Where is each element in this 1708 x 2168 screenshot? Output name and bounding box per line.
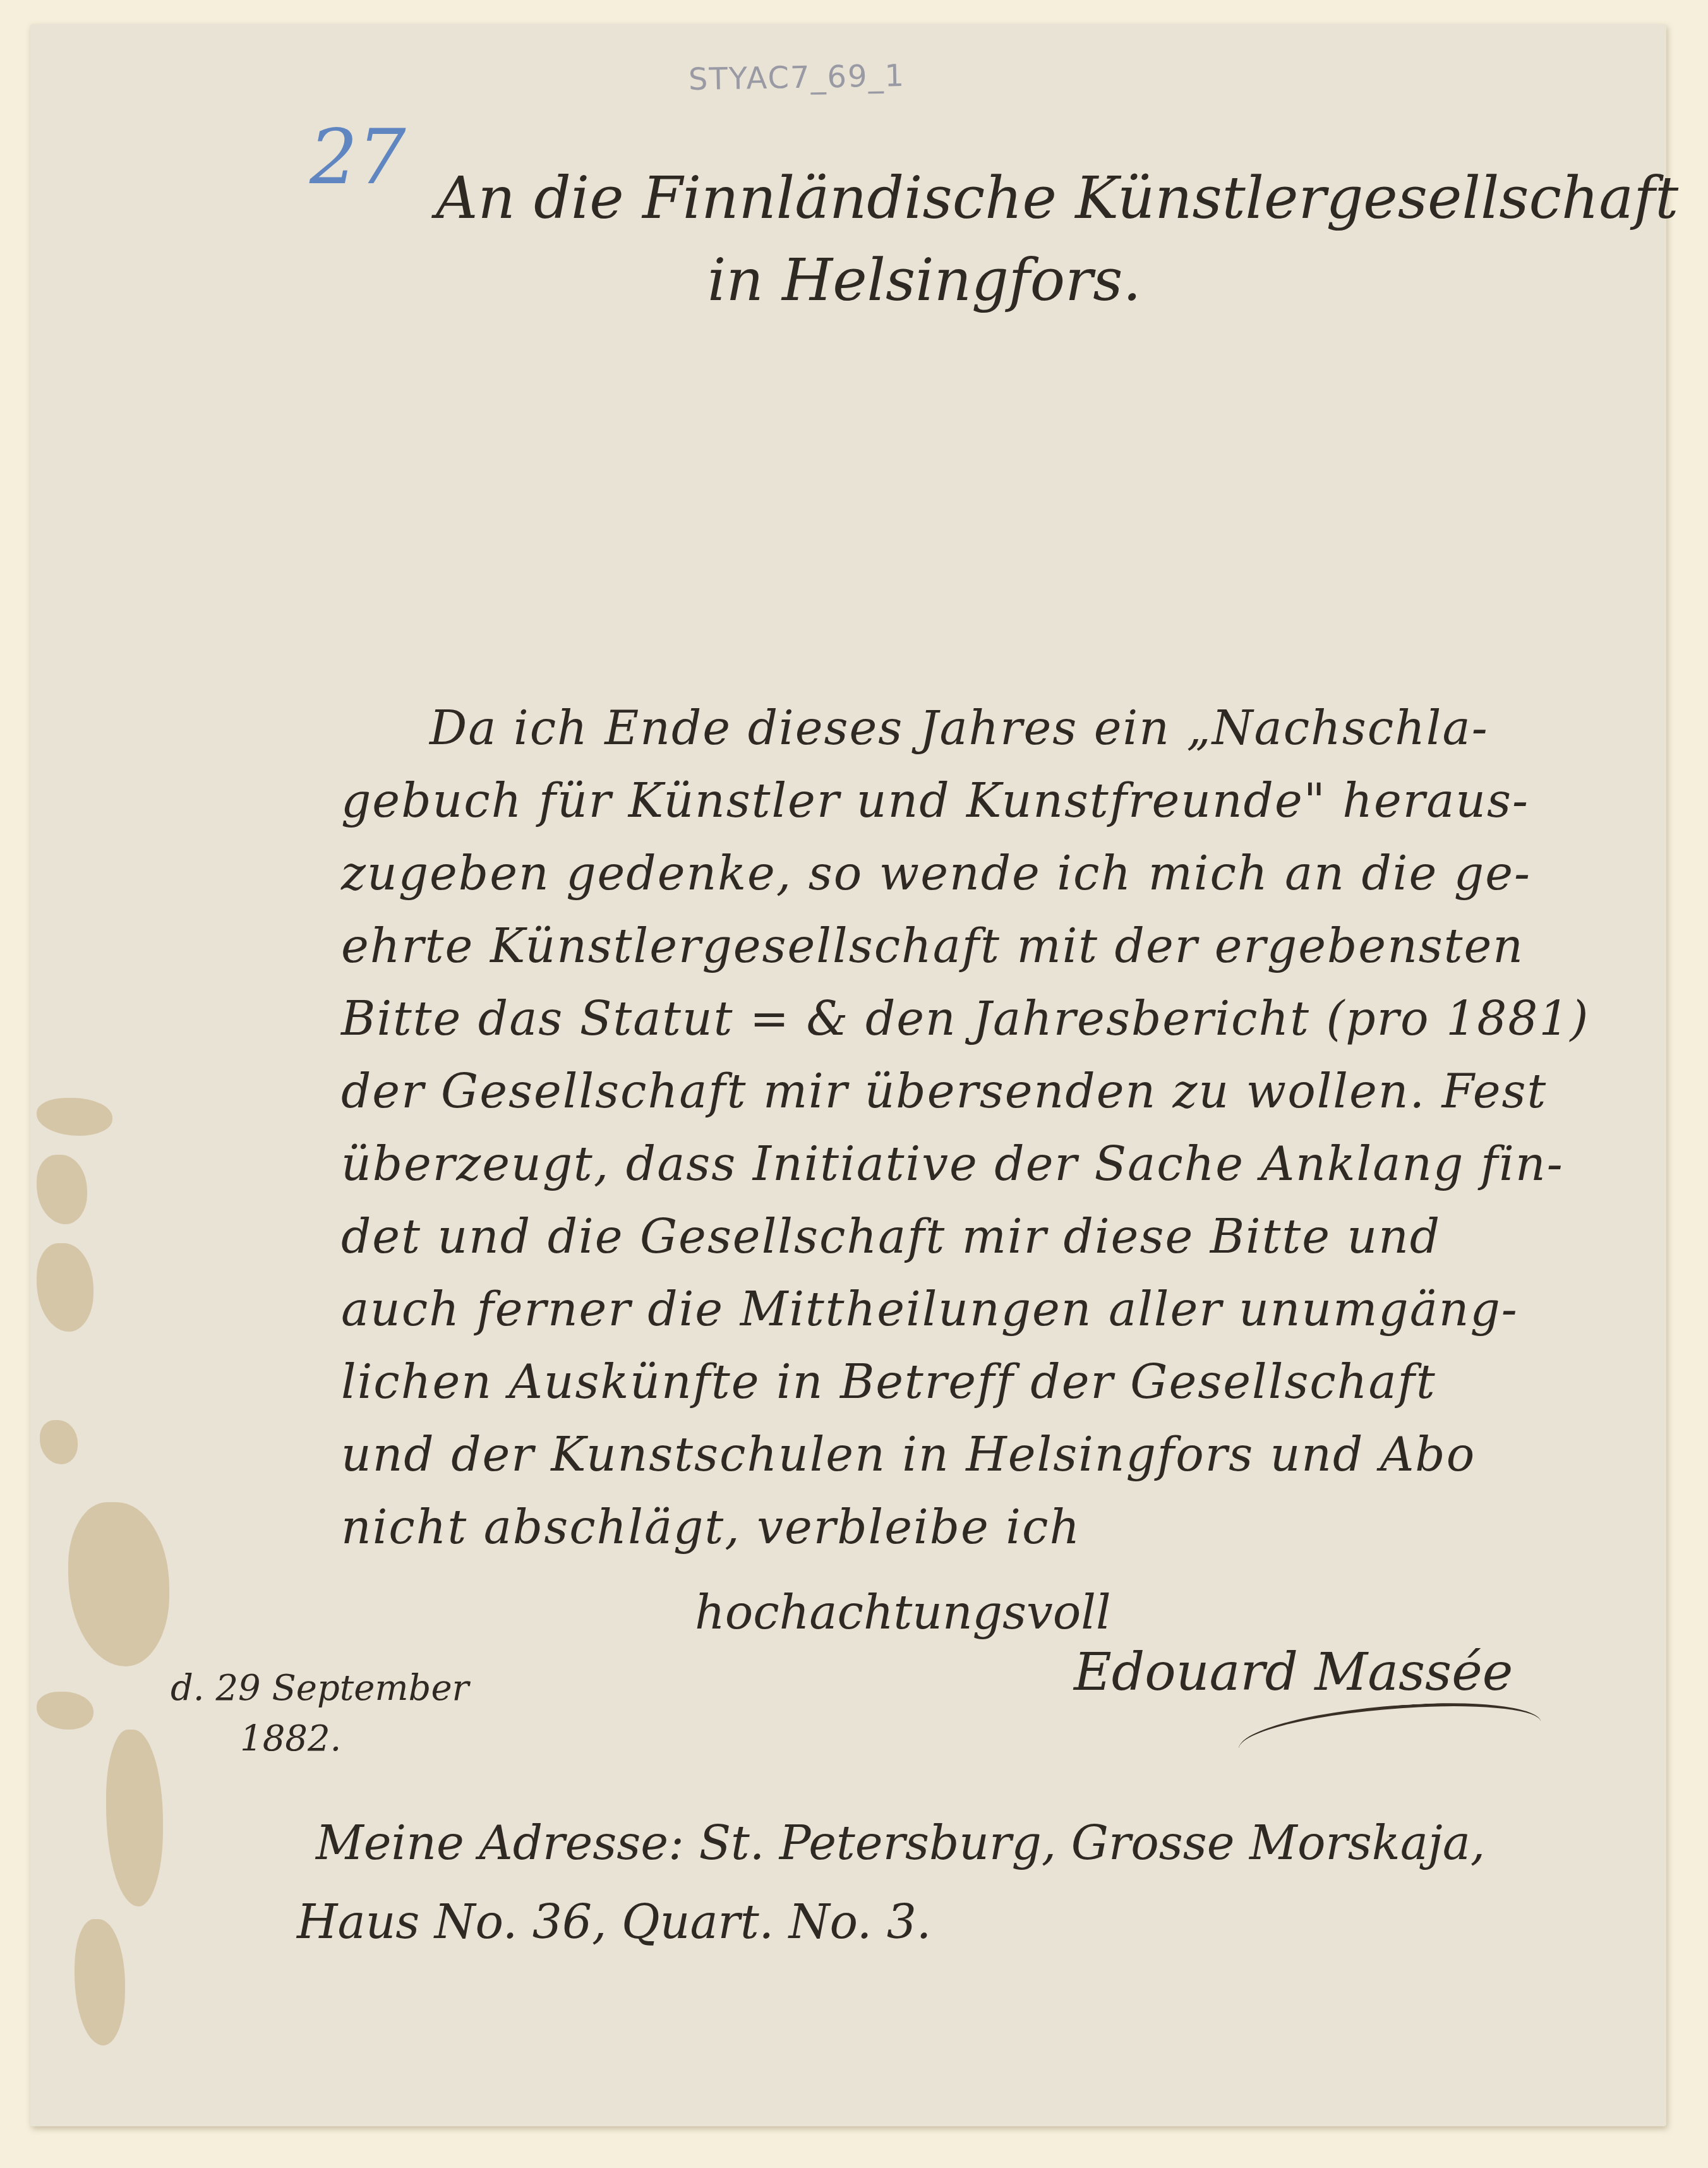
signature: Edouard Massée — [1074, 1642, 1513, 1702]
address-line-2: Haus No. 36, Quart. No. 3. — [297, 1895, 931, 1949]
body-line: ehrte Künstlergesellschaft mit der ergeb… — [341, 919, 1524, 973]
paper-stain — [68, 1502, 169, 1666]
address-line-1: Meine Adresse: St. Petersburg, Grosse Mo… — [316, 1816, 1485, 1870]
paper-stain — [75, 1919, 125, 2045]
body-line: Bitte das Statut = & den Jahresbericht (… — [341, 992, 1589, 1046]
paper-stain — [37, 1098, 112, 1136]
paper-stain — [106, 1730, 163, 1906]
closing: hochachtungsvoll — [695, 1586, 1111, 1640]
body-line: und der Kunstschulen in Helsingfors und … — [341, 1428, 1476, 1482]
paper-stain — [37, 1692, 93, 1730]
body-line: zugeben gedenke, so wende ich mich an di… — [341, 846, 1531, 901]
body-line: det und die Gesellschaft mir diese Bitte… — [341, 1210, 1441, 1264]
body-line: gebuch für Künstler und Kunstfreunde" he… — [341, 774, 1529, 828]
body-line: Da ich Ende dieses Jahres ein „Nachschla… — [430, 701, 1489, 756]
body-line: auch ferner die Mittheilungen aller unum… — [341, 1282, 1519, 1337]
body-line: der Gesellschaft mir übersenden zu wolle… — [341, 1064, 1547, 1119]
archive-id: STYAC7_69_1 — [689, 58, 906, 97]
paper-stain — [37, 1243, 93, 1332]
body-line: lichen Auskünfte in Betreff der Gesellsc… — [341, 1355, 1436, 1409]
date-line-1: d. 29 September — [171, 1668, 469, 1709]
body-line: nicht abschlägt, verbleibe ich — [341, 1500, 1081, 1555]
addressee-line-1: An die Finnländische Künstlergesellschaf… — [436, 164, 1678, 232]
body-line: überzeugt, dass Initiative der Sache Ank… — [341, 1137, 1564, 1191]
addressee-line-2: in Helsingfors. — [707, 246, 1141, 314]
paper-stain — [37, 1155, 87, 1224]
paper-stain — [40, 1420, 78, 1464]
folio-number: 27 — [310, 114, 406, 202]
date-line-2: 1882. — [240, 1718, 341, 1759]
